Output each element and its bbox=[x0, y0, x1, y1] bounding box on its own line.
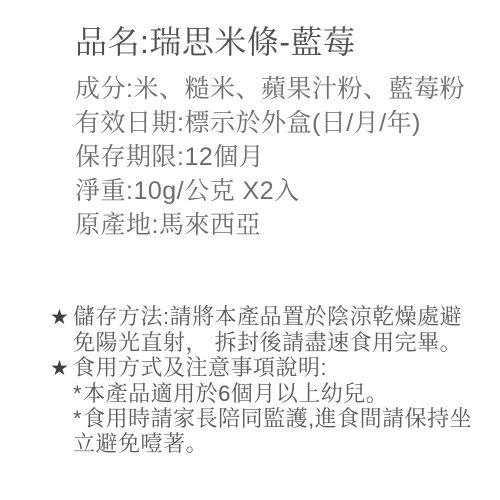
notes-section: ★儲存方法:請將本產品置於陰涼乾燥處避 免陽光直射， 拆封後請盡速食用完畢。 ★… bbox=[50, 304, 500, 456]
field-shelf-life: 保存期限:12個月 bbox=[75, 140, 500, 174]
product-info-label: 品名:瑞思米條-藍莓 成分:米、糙米、蘋果汁粉、藍莓粉 有效日期:標示於外盒(日… bbox=[0, 0, 500, 500]
note-line: 儲存方法:請將本產品置於陰涼乾燥處避 bbox=[73, 304, 462, 329]
note-line: 食用方式及注意事項說明: bbox=[73, 355, 327, 380]
field-ingredients: 成分:米、糙米、蘋果汁粉、藍莓粉 bbox=[75, 72, 500, 106]
field-expiry-date: 有效日期:標示於外盒(日/月/年) bbox=[75, 106, 500, 140]
note-line: 本產品適用於6個月以上幼兒。 bbox=[83, 381, 388, 406]
field-net-weight: 淨重:10g/公克 X2入 bbox=[75, 174, 500, 208]
product-title: 品名:瑞思米條-藍莓 bbox=[75, 22, 500, 62]
product-fields: 成分:米、糙米、蘋果汁粉、藍莓粉 有效日期:標示於外盒(日/月/年) 保存期限:… bbox=[75, 72, 500, 242]
note-line: 免陽光直射， 拆封後請盡速食用完畢。 bbox=[50, 330, 500, 355]
product-details-section: 品名:瑞思米條-藍莓 成分:米、糙米、蘋果汁粉、藍莓粉 有效日期:標示於外盒(日… bbox=[0, 0, 500, 242]
note-line: 食用時請家長陪同監護,進食間請保持坐 bbox=[83, 406, 472, 431]
field-origin: 原產地:馬來西亞 bbox=[75, 208, 500, 242]
asterisk-icon: * bbox=[73, 406, 83, 431]
note-line: 立避免噎著。 bbox=[73, 431, 500, 456]
usage-heading-note: ★食用方式及注意事項說明: bbox=[50, 355, 500, 381]
star-icon: ★ bbox=[50, 356, 73, 381]
age-suitability-note: *本產品適用於6個月以上幼兒。 bbox=[73, 381, 500, 406]
asterisk-icon: * bbox=[73, 381, 83, 406]
storage-note: ★儲存方法:請將本產品置於陰涼乾燥處避 免陽光直射， 拆封後請盡速食用完畢。 bbox=[50, 304, 500, 355]
star-icon: ★ bbox=[50, 305, 73, 330]
supervision-note: *食用時請家長陪同監護,進食間請保持坐 立避免噎著。 bbox=[73, 406, 500, 456]
